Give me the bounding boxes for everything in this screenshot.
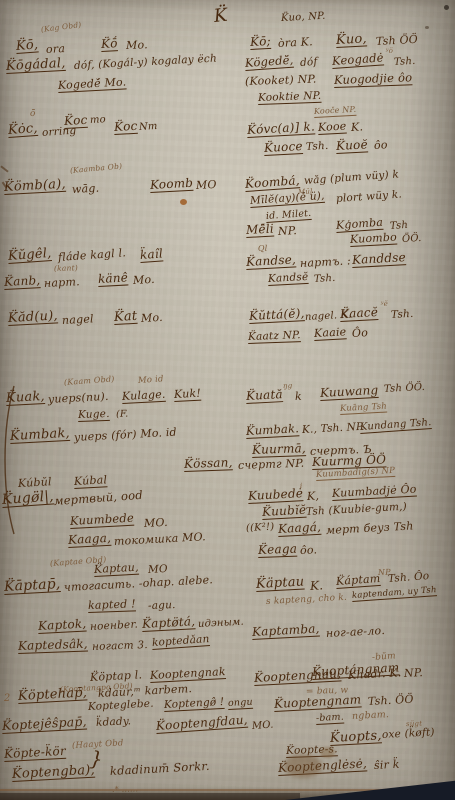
handwritten-text: s kapteng, cho k. <box>266 594 347 607</box>
handwritten-text: нарmъ. : <box>300 255 351 269</box>
handwritten-text: K̈ṓ <box>101 37 118 50</box>
handwritten-text: Kuogodjie ôo <box>334 72 413 86</box>
handwritten-text: ʸĕ <box>381 301 388 308</box>
handwritten-text: i <box>300 483 303 490</box>
handwritten-text: ног-ае-ло. <box>326 625 386 639</box>
handwritten-text: k̈aîl <box>140 247 164 261</box>
handwritten-text: K̈ō, <box>16 38 39 53</box>
handwritten-text: K̈áptam <box>336 573 381 587</box>
handwritten-text: Kuubedė <box>248 487 304 502</box>
handwritten-text: yueps(nu). <box>48 391 109 405</box>
handwritten-text: k̈dady. <box>96 716 132 728</box>
handwritten-text: känê <box>98 271 129 285</box>
handwritten-text: Kģomba <box>336 217 384 231</box>
handwritten-text: ȯ̈ <box>30 110 36 119</box>
handwritten-text: wăg (plum vüy) k <box>304 169 400 186</box>
handwritten-text: kdaur,ᵐ karbem. <box>98 683 193 699</box>
handwritten-text: Kuk! <box>174 388 201 400</box>
handwritten-text: NP. <box>404 667 423 679</box>
handwritten-text: токомшка MO. <box>114 531 206 547</box>
handwritten-text: ôo <box>374 139 388 151</box>
handwritten-text: (Kag Obd) <box>41 21 82 33</box>
handwritten-text: Kaptok, <box>38 617 87 632</box>
table-surface-edge <box>0 793 300 800</box>
handwritten-text: Kuge. <box>78 409 110 421</box>
handwritten-text: nagel <box>62 313 94 326</box>
handwritten-text: Koomb <box>150 177 194 191</box>
handwritten-text: mo <box>90 115 106 126</box>
handwritten-text: Kuurmg ÖÖ <box>312 453 387 468</box>
handwritten-text: Kulage. <box>122 389 166 402</box>
handwritten-text: K̈ <box>213 7 228 26</box>
handwritten-text: нарm. <box>44 276 80 289</box>
handwritten-text: .* ...... <box>112 785 138 794</box>
handwritten-text: Kuombo <box>350 232 397 245</box>
handwritten-text: K̈aptø̈tá, <box>142 615 196 630</box>
handwritten-text: Kundang Tsh. <box>360 418 432 433</box>
handwritten-text: K. <box>310 579 324 592</box>
handwritten-text: ÖÖ. <box>402 234 422 245</box>
handwritten-text: K̈uo, NP. <box>281 12 326 24</box>
handwritten-text: 2 <box>4 694 11 704</box>
handwritten-text: yueps (fór) Mo. id <box>74 427 177 443</box>
handwritten-text: Kögedĕ̈, <box>245 55 294 70</box>
handwritten-text: K̈aatz NP. <box>248 330 301 342</box>
handwritten-text: ноенber. <box>90 619 139 632</box>
page-bottom-shadow <box>0 787 455 800</box>
handwritten-text: K̈össan, <box>184 456 233 470</box>
edge-crease-mark <box>0 165 8 172</box>
handwritten-text: (Kooket) NP. <box>245 74 317 87</box>
handwritten-text: dóf <box>300 57 318 69</box>
handwritten-text: plort wüy k. <box>336 189 403 204</box>
handwritten-text: K̈uubĭĕ <box>262 504 307 518</box>
handwritten-text: Kaptamba, <box>252 622 320 638</box>
handwritten-text: òra K. <box>278 36 313 49</box>
handwritten-text: счеpmг NP. <box>238 458 305 471</box>
handwritten-text: мерm беуз Tsh <box>326 520 414 536</box>
handwritten-text: K̈oc <box>64 114 88 127</box>
handwritten-text: -bam. <box>316 713 344 724</box>
handwritten-text: Nm <box>139 122 158 133</box>
handwritten-text: K̈ŭgêl, <box>8 247 52 263</box>
handwritten-text: (Kaamba Ob) <box>70 162 123 174</box>
handwritten-text: K̈ȯc, <box>8 122 39 137</box>
handwritten-text: K̈oombá, <box>245 174 301 190</box>
handwritten-text: K̈ooptengnau, <box>254 667 342 684</box>
handwritten-text: kaptendam, uy Tsh <box>352 586 437 600</box>
handwritten-text: ŝir k̈ <box>374 759 400 771</box>
handwritten-text: Kaptedsâk, <box>18 638 88 652</box>
handwritten-text: Kopteglebe. <box>88 699 154 713</box>
handwritten-text: Tsh ÖÖ <box>376 34 419 47</box>
handwritten-text: K̈aacĕ <box>340 306 379 320</box>
handwritten-text: Mo. <box>133 274 155 286</box>
handwritten-text: K̈uoce <box>264 140 303 154</box>
handwritten-text: Kooktie NP. <box>258 91 322 104</box>
handwritten-text: K̈öpte-k̈ör <box>4 745 66 760</box>
table-surface-corner <box>285 776 455 800</box>
handwritten-text: K̈oopte-s. <box>286 744 338 756</box>
handwritten-text: Kúbŭl <box>18 476 52 489</box>
handwritten-text: Kaagá, <box>278 521 322 535</box>
handwritten-text: Kuumbadjė Ôo <box>332 484 417 499</box>
handwritten-text: Kuumbede <box>70 513 135 528</box>
handwritten-text: Kogedĕ́ Mo. <box>58 76 127 91</box>
handwritten-text: Tsh. ÖÖ <box>368 694 414 707</box>
handwritten-text: ((K²!) <box>246 523 275 534</box>
handwritten-text: Tsh. Ôo <box>388 571 430 584</box>
handwritten-text: K̈ooptenglėsė, <box>278 757 368 774</box>
handwritten-text: Mo. <box>141 312 163 324</box>
handwritten-text: K̈optengba), <box>12 764 96 781</box>
handwritten-text: K̈ōgádal, <box>6 57 66 73</box>
handwritten-text: wāg. <box>72 183 100 195</box>
handwritten-text: K̈ooptengfdau, <box>156 714 248 732</box>
handwritten-text: (Kaam Obd) <box>64 375 115 387</box>
handwritten-text: Kuumbadig(s) NP <box>316 467 395 480</box>
handwritten-text: MO <box>196 179 217 191</box>
handwritten-text: koptedǎan <box>152 634 210 648</box>
handwritten-text: мертвый, ood <box>54 490 144 508</box>
handwritten-text: ʸö <box>386 48 393 55</box>
handwritten-text: MO <box>148 564 168 576</box>
handwritten-text: ongu <box>228 698 253 709</box>
handwritten-text: Ql <box>258 245 268 253</box>
handwritten-text: Kuuwang <box>320 384 379 399</box>
handwritten-text: K̈ŭttá(ĕ), <box>249 307 305 322</box>
handwritten-text: K̈eaga <box>258 543 297 556</box>
ink-speck <box>425 26 429 29</box>
handwritten-text: Tsh. <box>394 57 416 68</box>
handwritten-text: K̈ugø̈l|, <box>2 489 55 507</box>
handwritten-text: K̈uurmā, <box>252 442 306 456</box>
handwritten-text: K̈at <box>114 310 138 324</box>
handwritten-text: Kaaga, <box>68 532 112 546</box>
rust-stain <box>180 199 187 205</box>
handwritten-text: K̈optejêŝpap̄, <box>2 716 87 733</box>
handwritten-text: K̈uak, <box>6 390 45 405</box>
handwritten-text: K̈oc <box>114 120 138 133</box>
handwritten-text: K̈uoĕ <box>336 138 368 152</box>
handwritten-text: id. Milet. <box>266 209 312 222</box>
handwritten-text: Mīlĕ(ay)(ē ü), <box>250 191 325 207</box>
handwritten-text: Mê̆li <box>246 223 274 236</box>
handwritten-text: K̈umbak, <box>10 427 71 443</box>
handwritten-text: Mo. <box>126 39 148 51</box>
handwritten-text: K̈uată <box>246 388 283 402</box>
handwritten-text: Kúbal <box>74 474 108 487</box>
handwritten-text: dóf, (Kogál-y) kogalay ëch <box>74 54 217 72</box>
ink-speck <box>444 5 449 10</box>
handwritten-text: MO. <box>144 517 168 529</box>
handwritten-text: K̈andse, <box>246 253 297 268</box>
handwritten-text: K̈ăd(u), <box>8 309 58 325</box>
handwritten-text: K̈umbak. <box>246 423 300 437</box>
handwritten-text: чтогасить. -ohap. alebe. <box>64 574 213 593</box>
handwritten-text: Tsh ÖÖ. <box>384 383 426 395</box>
handwritten-text: Kandsĕ <box>268 272 309 285</box>
handwritten-text: Kaaie <box>314 326 347 339</box>
handwritten-text: Kooče NP. <box>314 106 357 116</box>
handwritten-text: Tsh. <box>391 309 414 321</box>
handwritten-text: K̈ömb(a), <box>4 178 66 194</box>
handwritten-text: Tsh. <box>314 274 336 285</box>
handwritten-text: -agu. <box>148 600 176 611</box>
handwritten-text: (F. <box>116 410 129 420</box>
handwritten-text: Mo id <box>138 375 164 385</box>
handwritten-text: ôo. <box>300 544 318 556</box>
handwritten-text: K̈äptau <box>256 575 305 591</box>
handwritten-text: K̈óvc(a)] k. <box>247 120 316 136</box>
handwritten-text: fláde kagl l. <box>58 247 127 263</box>
handwritten-text: MO. <box>252 721 274 732</box>
handwritten-text: NP. <box>278 225 297 237</box>
handwritten-text: ногаст 3. <box>92 640 148 652</box>
manuscript-page: K̈K̈uo, NP.(Kag Obd)K̈ō,oraK̈ṓMo.K̈ō;òra… <box>0 0 455 800</box>
handwritten-text: K̈öptap l. <box>90 669 143 683</box>
handwritten-text: K̈uo, <box>336 32 367 47</box>
handwritten-text: Kooe <box>318 121 347 133</box>
handwritten-text: K̈öptehap̄, <box>18 686 88 703</box>
handwritten-text: K̈uoptengnam <box>274 693 362 710</box>
page-edge-line <box>0 789 455 791</box>
handwritten-text: Kuāng Tsh <box>340 403 387 414</box>
handwritten-text: oxe (k̈øft) <box>382 727 435 740</box>
handwritten-text: K., Tsh. NP. <box>302 422 365 436</box>
handwritten-text: ngbam. <box>352 710 390 721</box>
handwritten-text: Tsh. <box>306 141 329 153</box>
handwritten-text: K̈aptau, <box>94 562 139 575</box>
handwritten-text: Kooptengnak <box>150 666 226 681</box>
handwritten-text: Khadr. K. <box>348 667 402 681</box>
handwritten-text: (kant) <box>54 264 78 272</box>
handwritten-text: K̈āptap̄, <box>4 577 61 594</box>
handwritten-text: Kanddse <box>352 251 406 266</box>
handwritten-text: K. <box>351 121 364 133</box>
handwritten-text: kdadinum̄ Sorkr. <box>110 761 210 778</box>
handwritten-text: k <box>295 391 302 402</box>
handwritten-text: ŋg <box>283 383 293 390</box>
handwritten-text: K̈ō; <box>250 35 271 48</box>
handwritten-text: Ôo <box>352 327 369 339</box>
handwritten-text: ora <box>46 43 66 55</box>
handwritten-text: Tsh (Kuubie-gum,) <box>306 502 408 518</box>
handwritten-text: Koptengø̂ ! <box>164 697 225 711</box>
handwritten-text: K̈anb, <box>4 274 41 288</box>
handwritten-text: K, <box>307 490 320 502</box>
handwritten-text: Keogadė <box>332 52 384 67</box>
handwritten-text: идэным. <box>198 618 244 630</box>
handwritten-text: kapted ! <box>88 598 136 611</box>
